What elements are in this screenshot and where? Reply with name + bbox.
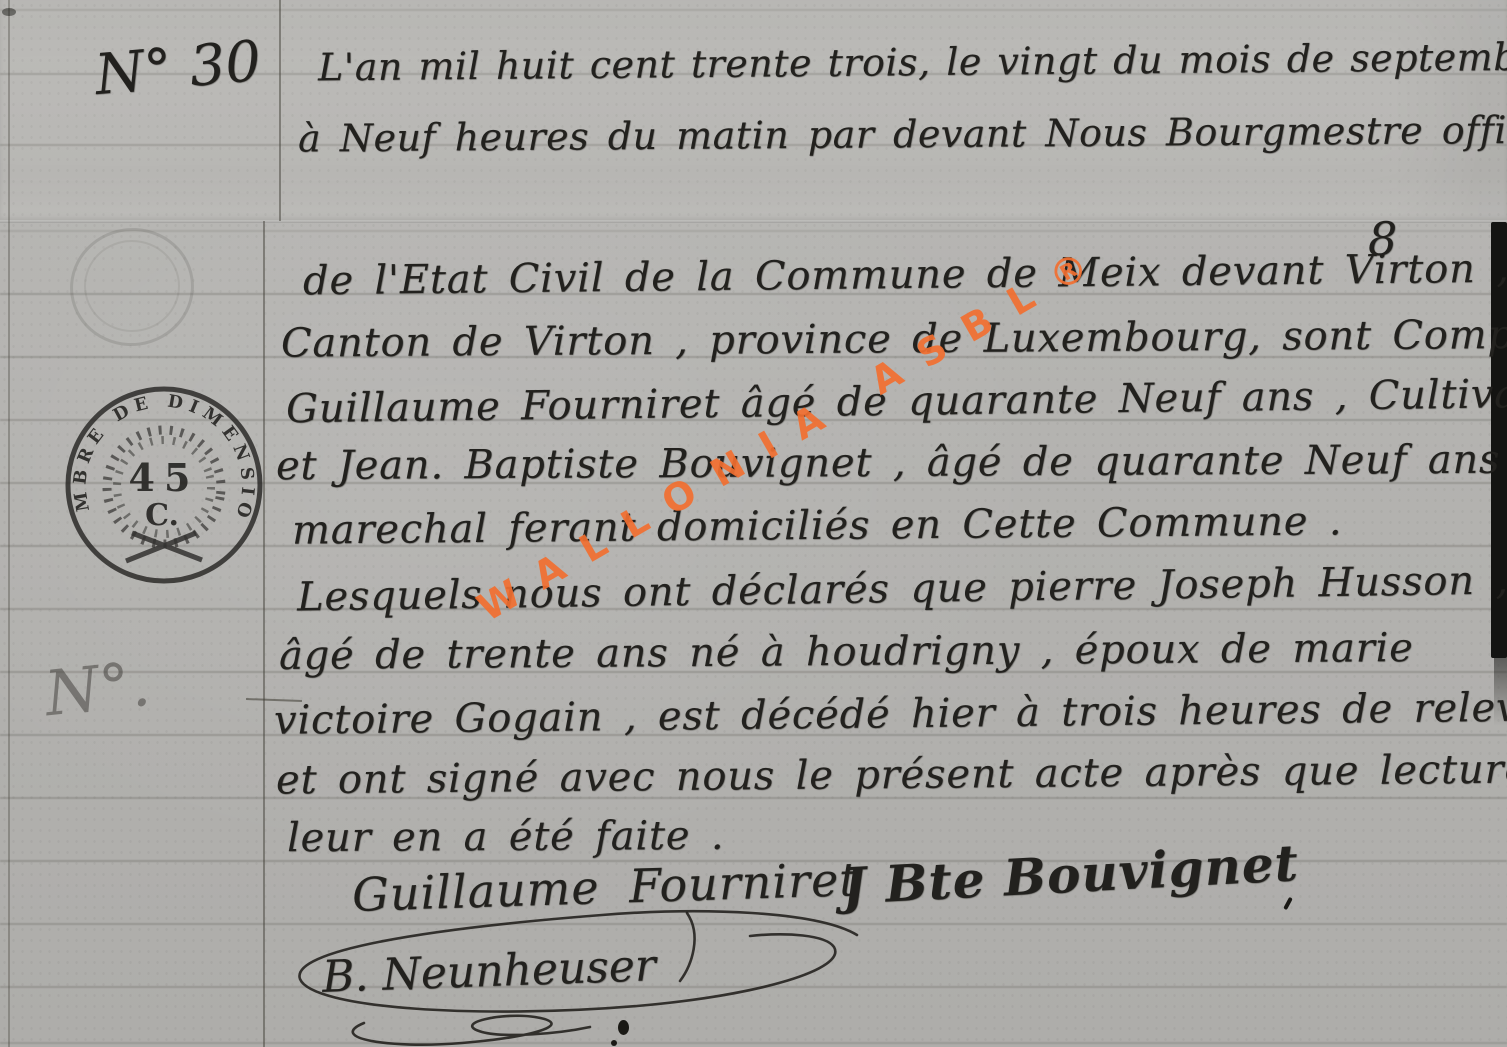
- faint-stamp-ring-inner: [84, 240, 180, 332]
- body-line-1: de l'Etat Civil de la Commune de Meix de…: [303, 246, 1507, 305]
- scan-seam: [0, 220, 1507, 223]
- body-line-4: et Jean. Baptiste Bouvignet , âgé de qua…: [276, 437, 1501, 489]
- ink-speck: [618, 1020, 629, 1035]
- ruled-line: [0, 9, 1507, 11]
- signature-b-neunheuser: B. Neunheuser: [321, 940, 656, 1003]
- stamp-unit: C.: [145, 498, 179, 533]
- ink-speck: [2, 8, 16, 16]
- ruled-line: [0, 230, 1507, 232]
- ruled-line: [0, 986, 1507, 988]
- page-number-flourish: 8: [1368, 212, 1397, 266]
- ruled-line: [0, 1042, 1507, 1044]
- signature-guillaume-fourniret: Guillaume Fourniret: [351, 852, 859, 922]
- body-line-5: marechal ferant domiciliés en Cette Comm…: [292, 498, 1343, 553]
- ink-speck: [611, 1040, 617, 1046]
- margin-note: N°.: [41, 647, 153, 731]
- ink-speck: [1283, 897, 1293, 910]
- body-line-9: et ont signé avec nous le présent acte a…: [276, 747, 1507, 804]
- timbre-de-dimension-stamp: TIMBRE DE DIMENSION 45 C.: [62, 383, 266, 587]
- body-line-10: leur en a été faite .: [287, 813, 725, 861]
- stamp-value: 45: [129, 455, 200, 500]
- margin-line-top: [279, 0, 281, 221]
- ruled-line: [0, 923, 1507, 925]
- body-line-7: âgé de trente ans né à houdrigny , époux…: [279, 625, 1414, 679]
- top-line-2: à Neuf heures du matin par devant Nous B…: [298, 108, 1507, 161]
- scanned-death-record-page: N° 30 L'an mil huit cent trente trois, l…: [0, 0, 1507, 1047]
- margin-line-main: [263, 221, 265, 1047]
- stamp-crossed-stems: [126, 533, 202, 561]
- left-edge-line: [8, 0, 10, 1047]
- signature-jbte-bouvignet: J Bte Bouvignet: [841, 833, 1300, 916]
